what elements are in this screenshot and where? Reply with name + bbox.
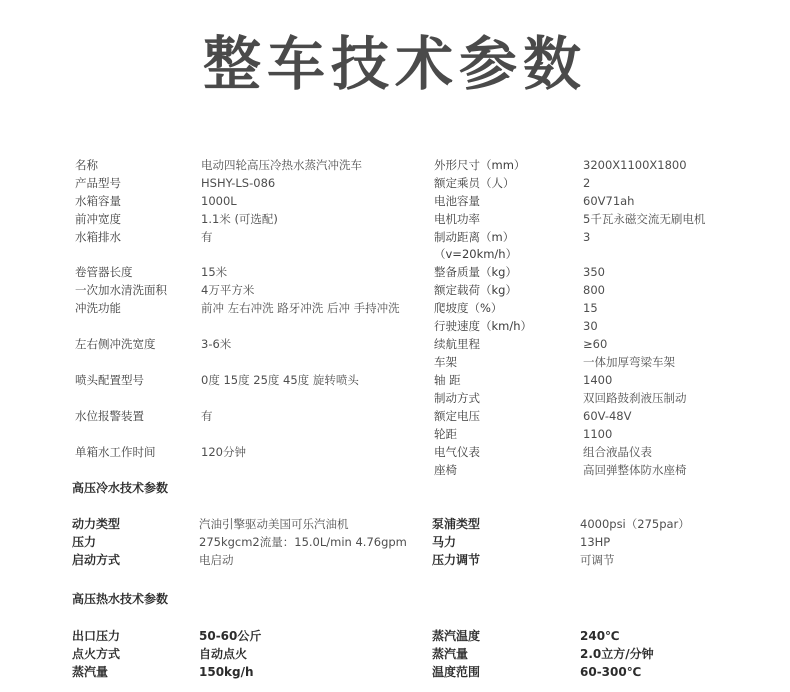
spec-label: 产品型号 (75, 176, 121, 190)
spec-value: 120分钟 (201, 445, 246, 459)
spec-value: 有 (201, 409, 213, 423)
spec-value: 4万平方米 (201, 283, 254, 297)
spec-label: 蒸汽量 (72, 665, 108, 679)
spec-label: 前冲宽度 (75, 212, 121, 226)
spec-label: 座椅 (434, 463, 457, 477)
spec-value: 电动四轮高压冷热水蒸汽冲洗车 (201, 158, 362, 172)
spec-label: 续航里程 (434, 337, 480, 351)
hot-water-heading: 高压热水技术参数 (72, 590, 168, 607)
spec-label: 一次加水清洗面积 (75, 283, 167, 297)
spec-value: 4000psi（275par） (580, 517, 690, 531)
spec-value: 汽油引擎驱动美国可乐汽油机 (199, 517, 349, 531)
spec-value: 前冲 左右冲洗 路牙冲洗 后冲 手持冲洗 (201, 301, 400, 315)
spec-value: 可调节 (580, 553, 615, 567)
spec-value: 60V71ah (583, 194, 634, 208)
spec-label: 电机功率 (434, 212, 480, 226)
spec-value: 高回弹整体防水座椅 (583, 463, 687, 477)
spec-value: 0度 15度 25度 45度 旋转喷头 (201, 373, 359, 387)
spec-value: 1.1米 (可选配) (201, 212, 278, 226)
spec-label: 额定电压 (434, 409, 480, 423)
page-title: 整车技术参数 (0, 28, 790, 100)
spec-value: HSHY-LS-086 (201, 176, 275, 190)
spec-value: 1100 (583, 427, 612, 441)
spec-value: 2.0立方/分钟 (580, 647, 654, 661)
spec-label: 左右侧冲洗宽度 (75, 337, 156, 351)
spec-value: 1000L (201, 194, 237, 208)
spec-label: 启动方式 (72, 553, 120, 567)
spec-label: 行驶速度（km/h） (434, 319, 532, 333)
spec-value: 150kg/h (199, 665, 254, 679)
spec-label: 车架 (434, 355, 457, 369)
spec-value: 15米 (201, 265, 227, 279)
spec-label: 爬坡度（%） (434, 301, 502, 315)
spec-label: 水箱排水 (75, 230, 121, 244)
spec-label: 温度范围 (432, 665, 480, 679)
spec-label: 单箱水工作时间 (75, 445, 156, 459)
spec-label: 蒸汽温度 (432, 629, 480, 643)
spec-label: 泵浦类型 (432, 517, 480, 531)
spec-label: 动力类型 (72, 517, 120, 531)
spec-label: 额定乘员（人） (434, 176, 515, 190)
spec-value: 3 (583, 230, 590, 244)
spec-label: 蒸汽量 (432, 647, 468, 661)
spec-label: 额定载荷（kg） (434, 283, 517, 297)
spec-label: 整备质量（kg） (434, 265, 517, 279)
spec-label: 点火方式 (72, 647, 120, 661)
spec-label: 制动方式 (434, 391, 480, 405)
spec-label: （v=20km/h） (434, 247, 517, 261)
spec-value: 5千瓦永磁交流无刷电机 (583, 212, 705, 226)
spec-label: 卷管器长度 (75, 265, 133, 279)
spec-label: 轮距 (434, 427, 457, 441)
spec-label: 名称 (75, 158, 98, 172)
spec-label: 出口压力 (72, 629, 120, 643)
spec-label: 水位报警装置 (75, 409, 144, 423)
spec-label: 冲洗功能 (75, 301, 121, 315)
spec-label: 制动距离（m） (434, 230, 514, 244)
spec-value: 一体加厚弯梁车架 (583, 355, 675, 369)
spec-value: 13HP (580, 535, 610, 549)
spec-label: 电气仪表 (434, 445, 480, 459)
spec-label: 水箱容量 (75, 194, 121, 208)
spec-value: 3-6米 (201, 337, 231, 351)
spec-value: 组合液晶仪表 (583, 445, 652, 459)
spec-label: 轴 距 (434, 373, 461, 387)
spec-label: 喷头配置型号 (75, 373, 144, 387)
spec-value: 15 (583, 301, 598, 315)
spec-label: 压力 (72, 535, 96, 549)
spec-label: 压力调节 (432, 553, 480, 567)
spec-value: 双回路鼓刹液压制动 (583, 391, 687, 405)
spec-value: ≥60 (583, 337, 607, 351)
spec-value: 240℃ (580, 629, 620, 643)
spec-value: 电启动 (199, 553, 234, 567)
spec-value: 1400 (583, 373, 612, 387)
spec-value: 50-60公斤 (199, 629, 261, 643)
spec-label: 马力 (432, 535, 456, 549)
spec-value: 60V-48V (583, 409, 631, 423)
spec-value: 自动点火 (199, 647, 247, 661)
spec-value: 有 (201, 230, 213, 244)
spec-label: 电池容量 (434, 194, 480, 208)
spec-value: 2 (583, 176, 590, 190)
spec-value: 350 (583, 265, 605, 279)
spec-value: 800 (583, 283, 605, 297)
spec-value: 275kgcm2流量：15.0L/min 4.76gpm (199, 535, 407, 549)
cold-water-heading: 高压冷水技术参数 (72, 479, 168, 496)
spec-label: 外形尺寸（mm） (434, 158, 525, 172)
spec-value: 60-300℃ (580, 665, 641, 679)
spec-value: 30 (583, 319, 598, 333)
spec-value: 3200X1100X1800 (583, 158, 687, 172)
